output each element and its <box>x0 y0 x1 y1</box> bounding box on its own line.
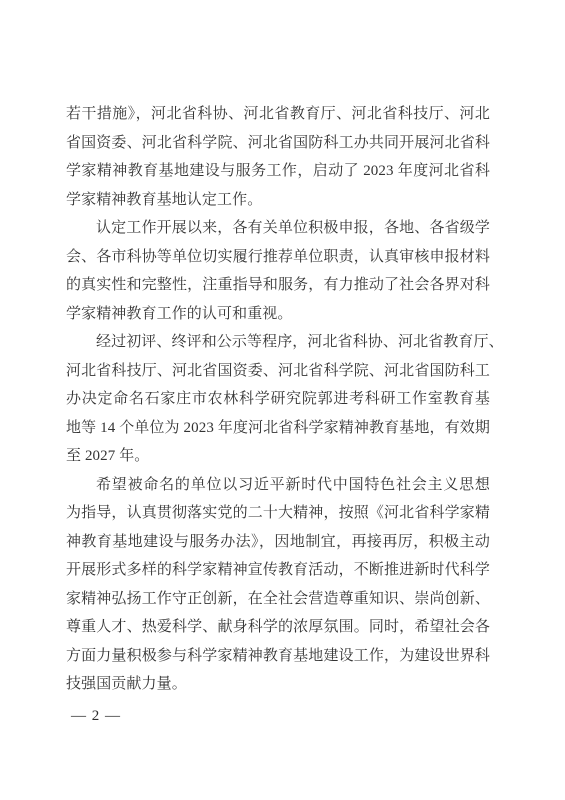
text-line: 的真实性和完整性，注重指导和服务，有力推动了社会各界对科 <box>66 271 490 300</box>
page-number: — 2 — <box>71 708 121 725</box>
text-line: 至 2027 年。 <box>66 442 490 471</box>
text-line: 方面力量积极参与科学家精神教育基地建设工作，为建设世界科 <box>66 642 490 671</box>
text-line: 学家精神教育基地建设与服务工作，启动了 2023 年度河北省科 <box>66 157 490 186</box>
text-line: 河北省科技厅、河北省国资委、河北省科学院、河北省国防科工 <box>66 357 490 386</box>
text-line: 为指导，认真贯彻落实党的二十大精神，按照《河北省科学家精 <box>66 499 490 528</box>
text-line: 家精神弘扬工作守正创新，在全社会营造尊重知识、崇尚创新、 <box>66 585 490 614</box>
text-line: 省国资委、河北省科学院、河北省国防科工办共同开展河北省科 <box>66 129 490 158</box>
document-page: 若干措施》，河北省科协、河北省教育厅、河北省科技厅、河北 省国资委、河北省科学院… <box>0 0 565 800</box>
text-line: 经过初评、终评和公示等程序，河北省科协、河北省教育厅、 <box>66 328 490 357</box>
text-line: 尊重人才、热爱科学、献身科学的浓厚氛围。同时，希望社会各 <box>66 613 490 642</box>
text-line: 学家精神教育工作的认可和重视。 <box>66 300 490 329</box>
text-line: 开展形式多样的科学家精神宣传教育活动，不断推进新时代科学 <box>66 556 490 585</box>
text-line: 若干措施》，河北省科协、河北省教育厅、河北省科技厅、河北 <box>66 100 490 129</box>
text-line: 地等 14 个单位为 2023 年度河北省科学家精神教育基地，有效期 <box>66 414 490 443</box>
text-line: 会、各市科协等单位切实履行推荐单位职责，认真审核申报材料 <box>66 243 490 272</box>
document-body: 若干措施》，河北省科协、河北省教育厅、河北省科技厅、河北 省国资委、河北省科学院… <box>66 100 490 699</box>
text-line: 学家精神教育基地认定工作。 <box>66 186 490 215</box>
text-line: 希望被命名的单位以习近平新时代中国特色社会主义思想 <box>66 471 490 500</box>
text-line: 神教育基地建设与服务办法》，因地制宜，再接再厉，积极主动 <box>66 528 490 557</box>
text-line: 技强国贡献力量。 <box>66 670 490 699</box>
text-line: 办决定命名石家庄市农林科学研究院郭进考科研工作室教育基 <box>66 385 490 414</box>
text-line: 认定工作开展以来，各有关单位积极申报，各地、各省级学 <box>66 214 490 243</box>
